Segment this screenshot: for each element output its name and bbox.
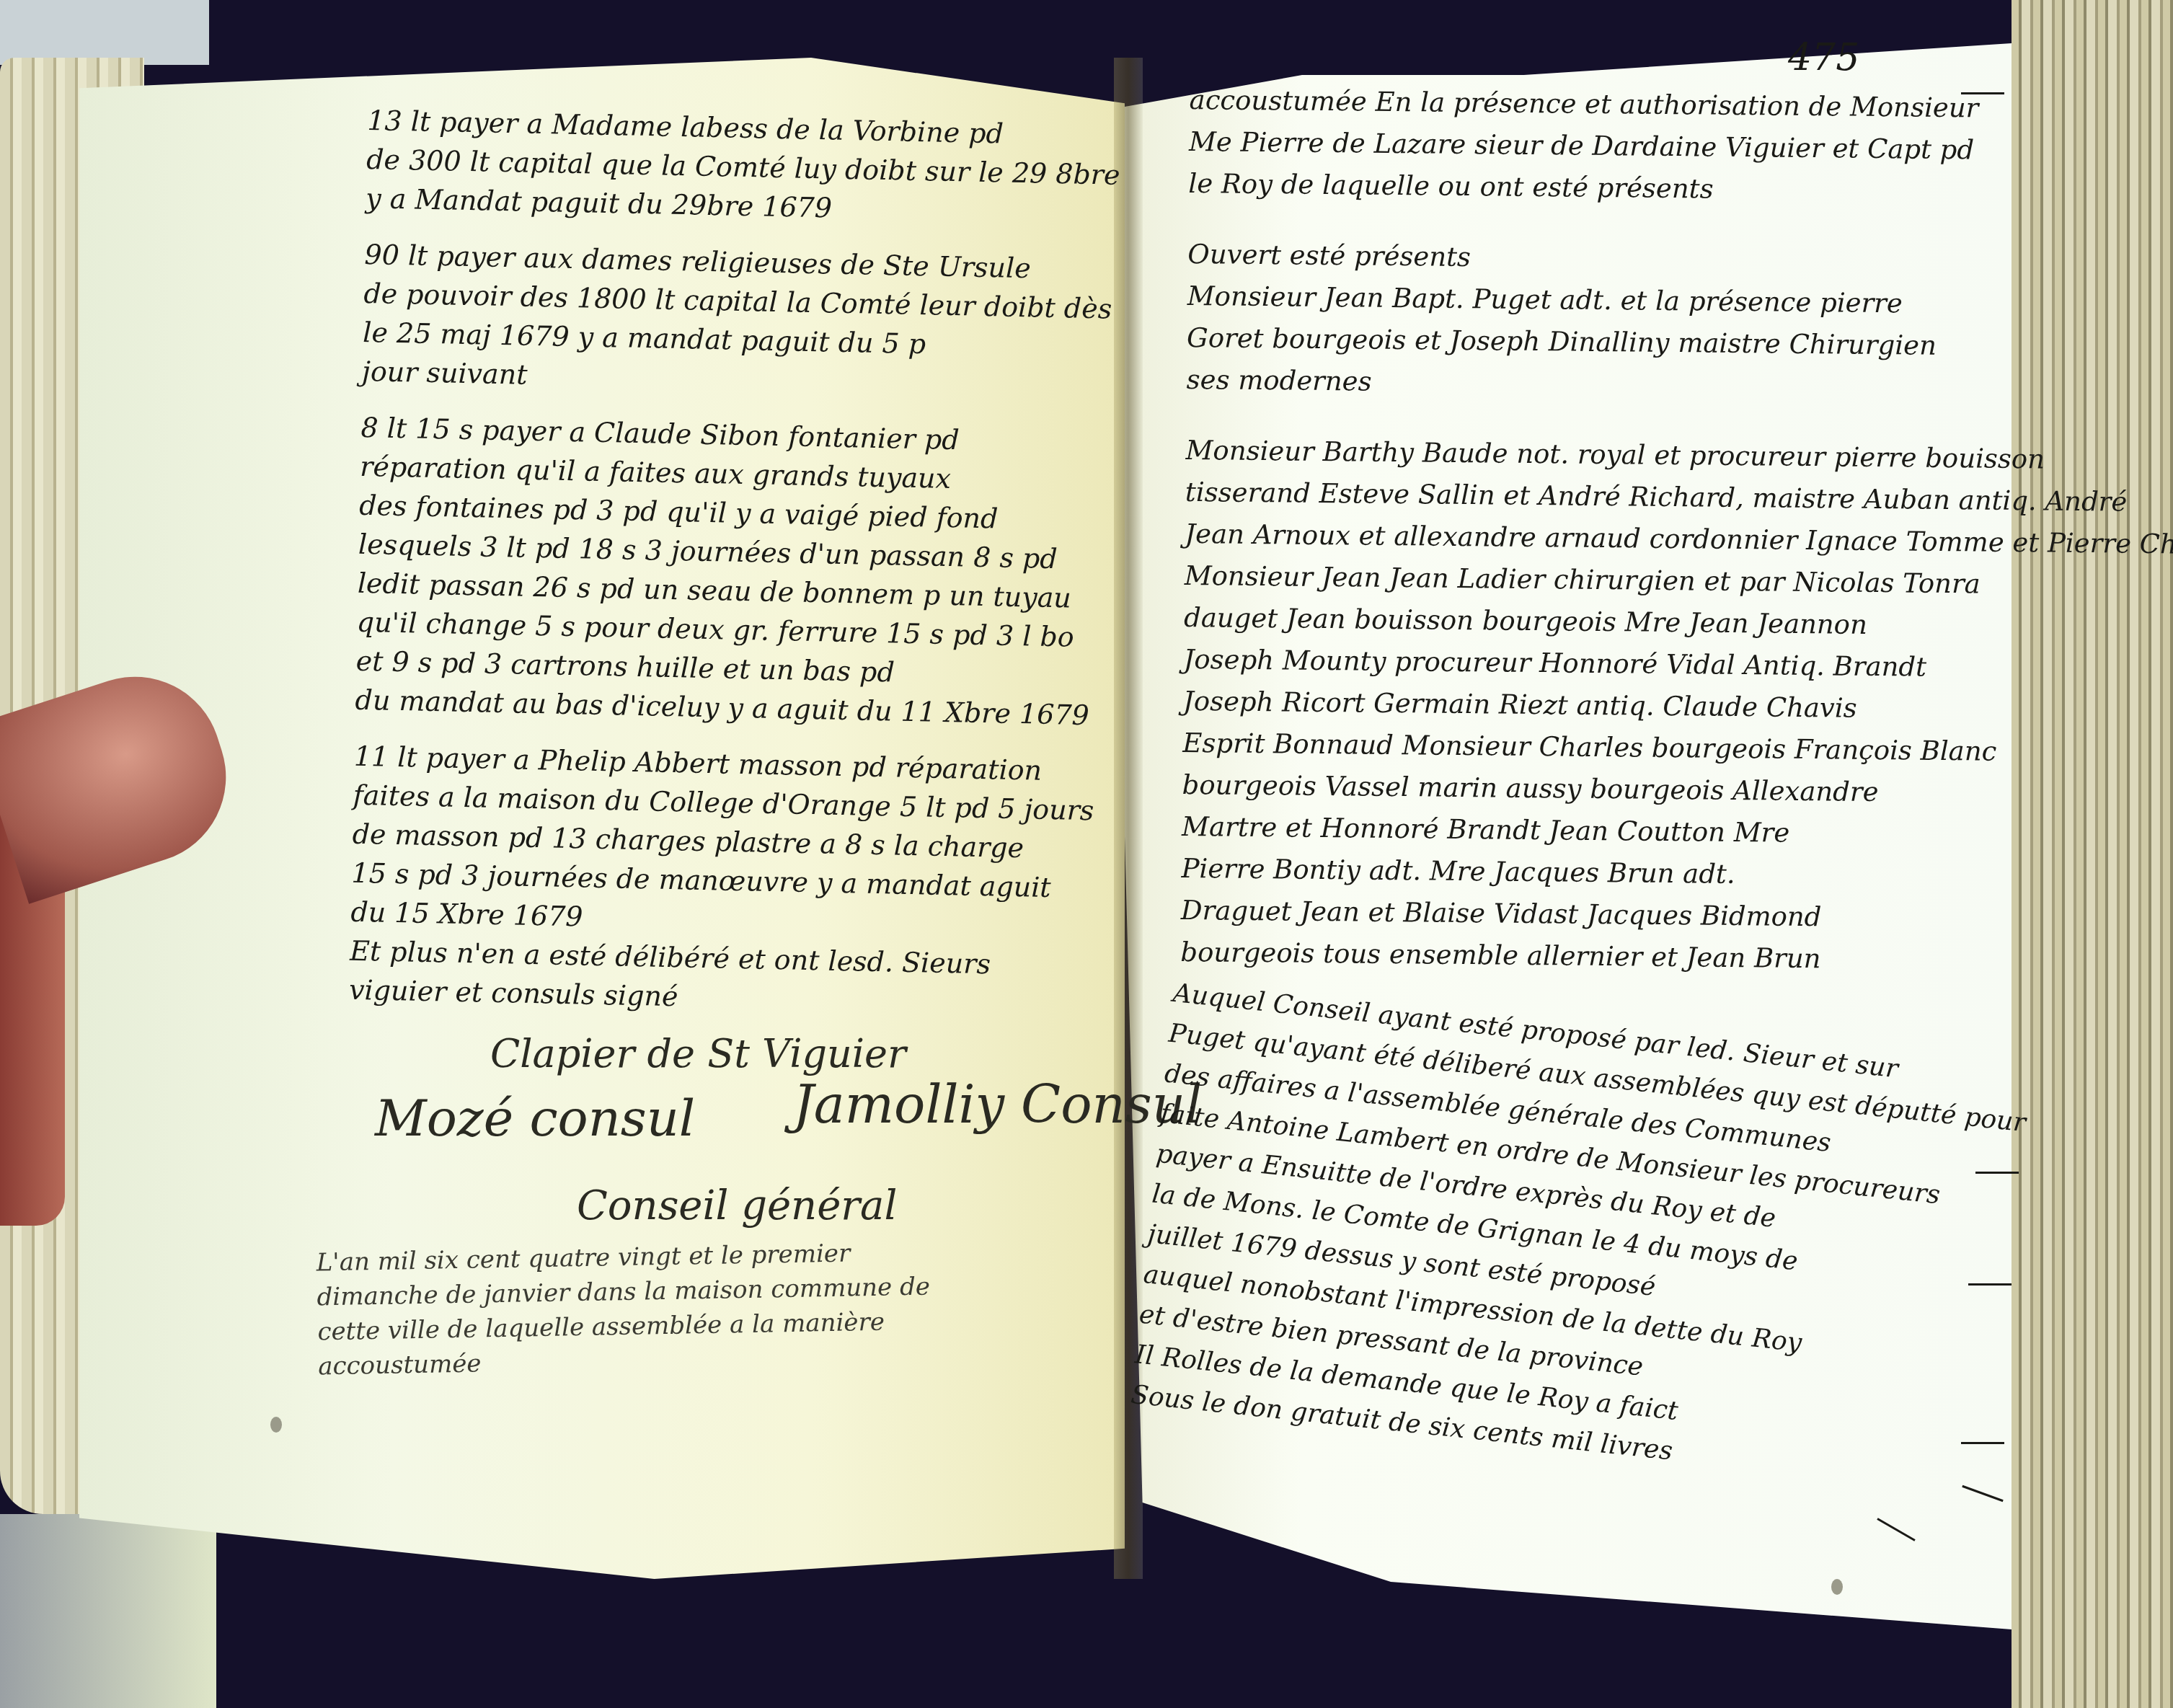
section-heading: Conseil général <box>577 1182 897 1229</box>
table-surface <box>0 1514 216 1708</box>
binding-hole <box>1831 1579 1843 1595</box>
margin-dash <box>1961 92 2004 94</box>
left-page-entries: 13 lt payer a Madame labess de la Vorbin… <box>349 101 1122 1025</box>
page-number: 475 <box>1788 36 1859 79</box>
signature-viguier: Clapier de St Viguier <box>490 1031 906 1076</box>
left-page-lower-entries: L'an mil six cent quatre vingt et le pre… <box>316 1235 931 1384</box>
margin-dash <box>1961 1442 2004 1444</box>
right-page-lower-entries: Auquel Conseil ayant esté proposé par le… <box>1129 973 2032 1505</box>
margin-dash <box>1968 1283 2012 1286</box>
binding-hole <box>270 1417 282 1433</box>
signature-consul-2: Jamolliy Consul <box>793 1074 1202 1135</box>
background-wall <box>0 0 209 65</box>
margin-dash <box>1975 1172 2019 1174</box>
signature-consul-1: Mozé consul <box>375 1089 695 1148</box>
right-page-upper-entries: accoustumée En la présence et authorisat… <box>1180 79 2173 983</box>
